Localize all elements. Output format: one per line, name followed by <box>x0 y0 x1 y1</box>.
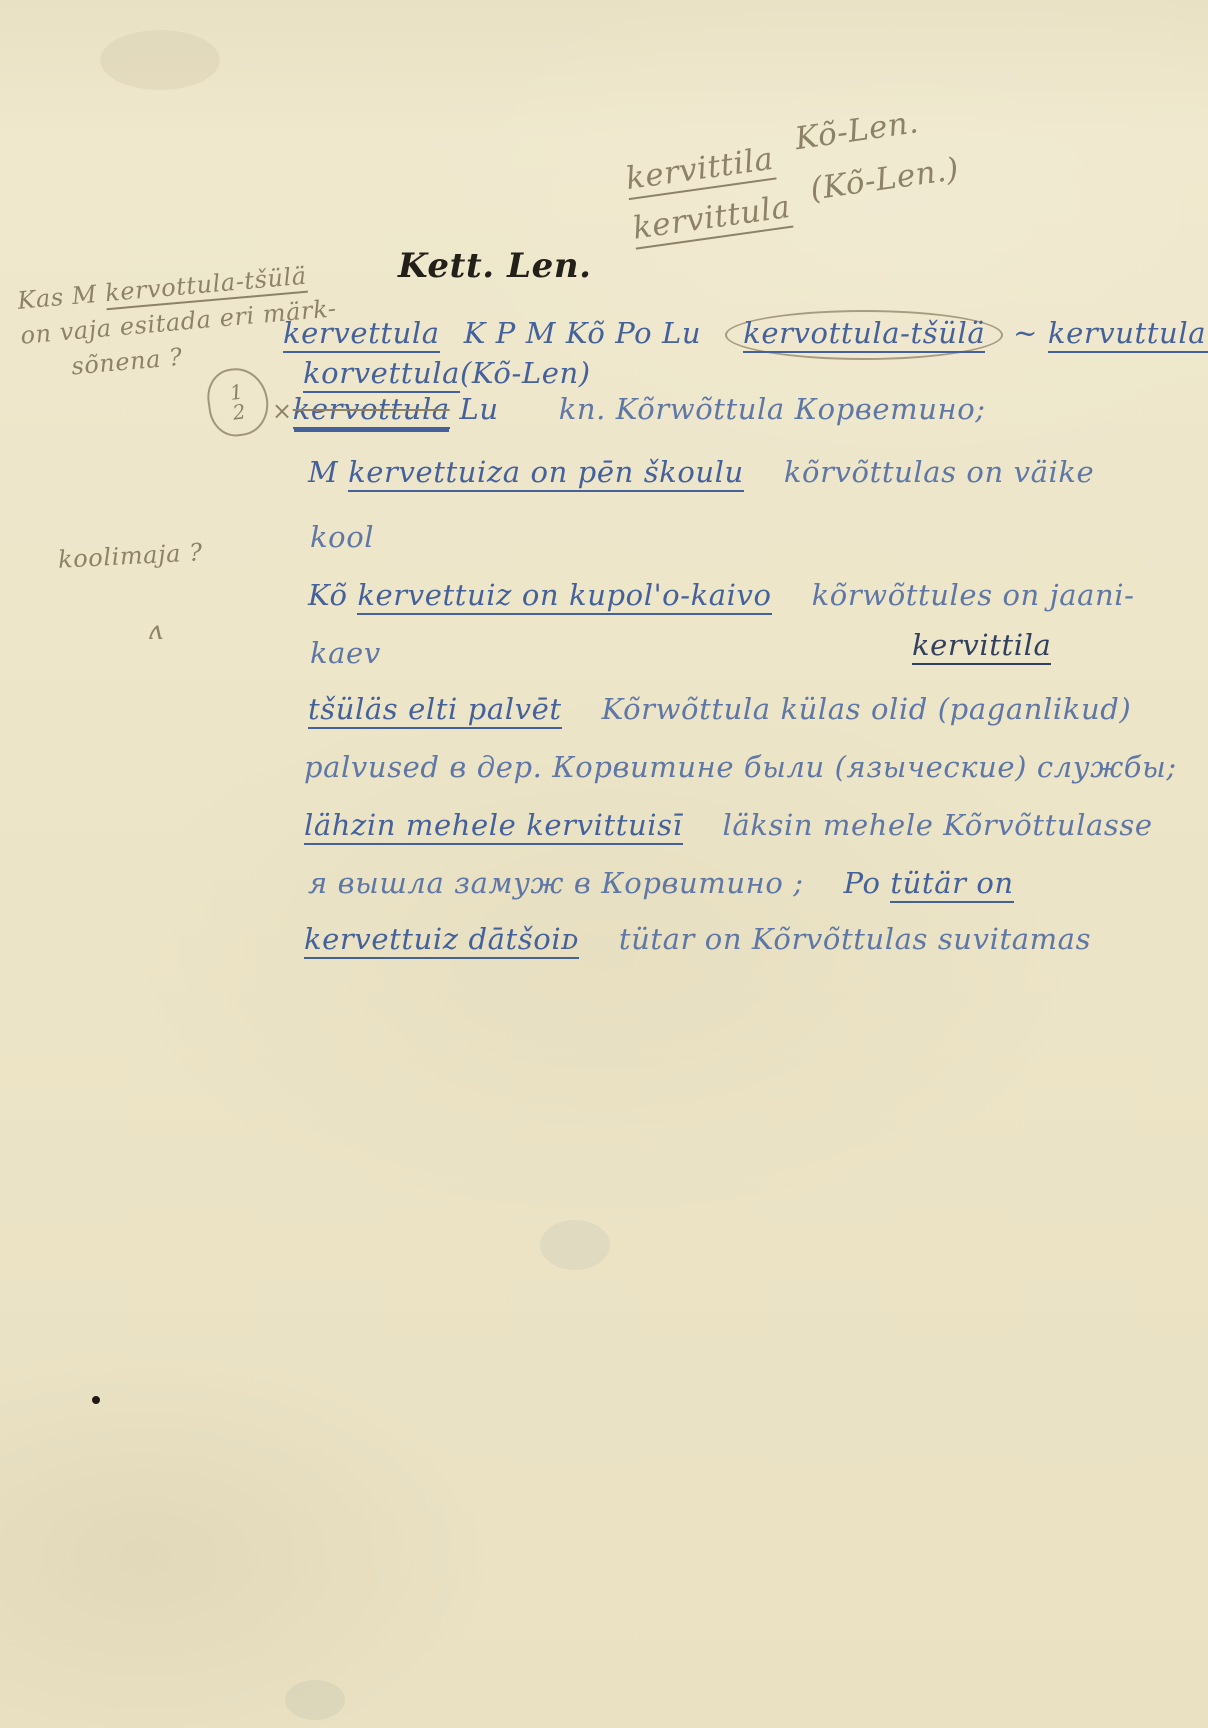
ink-dot <box>92 1396 100 1404</box>
dialect-ref: M <box>308 455 338 489</box>
gloss: Kõrwõttula külas olid (paganlikud) <box>602 692 1132 726</box>
margin-koolimaja-note: koolimaja ? <box>57 538 203 574</box>
entry-line-1: kervettulaK P M Kõ Po Lukervottula-tšülä… <box>283 310 1208 360</box>
dialect-ref: (Kõ-Len) <box>460 356 591 390</box>
gloss: läksin mehele Kõrvõttulasse <box>723 808 1153 842</box>
entry-line-9: palvused в дер. Корвитине были (язычески… <box>304 750 1177 784</box>
entry-line-11: я вышла замуж в Корвитино ;Po tütär on <box>308 866 1014 900</box>
page-title: Kett. Len. <box>398 246 592 286</box>
dialect-ref: Po <box>844 866 881 900</box>
entry-line-5: kool <box>310 520 374 554</box>
variant-form: kervuttula M <box>1048 316 1208 353</box>
entry-line-6: Kõ kervettuiz on kupol'o-kaivokõrwõttule… <box>308 578 1135 612</box>
entry-line-4: M kervettuiza on pēn škoulukõrvõttulas o… <box>308 455 1094 489</box>
dialect-ref: Lu <box>460 392 499 426</box>
entry-line-7-right: kervittila <box>912 628 1051 662</box>
circled-variant: kervottula-tšülä <box>743 316 985 353</box>
tilde: ~ <box>1013 316 1038 350</box>
dialect-ref: Kõ <box>308 578 348 612</box>
gloss: tütar on Kõrvõttulas suvitamas <box>619 922 1091 956</box>
example-phrase: kervettuiz on kupol'o-kaivo <box>357 578 771 615</box>
entry-line-8: tšüläs elti palvētKõrwõttula külas olid … <box>308 692 1131 726</box>
dialect-refs: K P M Kõ Po Lu <box>464 316 701 350</box>
paper-stain <box>100 30 220 90</box>
corner-word-1: kervittila <box>624 141 777 200</box>
margin-caret-mark: ʌ <box>148 616 163 646</box>
entry-line-3: ×kervottula Lukn. Kõrwõttula Корветино; <box>272 392 986 426</box>
entry-line-12: kervettuiz dātšoiᴅtütar on Kõrvõttulas s… <box>304 922 1091 956</box>
example-phrase: lähzin mehele kervittuisī <box>304 808 683 845</box>
entry-line-7: kaev <box>310 636 381 670</box>
entry-line-10: lähzin mehele kervittuisīläksin mehele K… <box>304 808 1153 842</box>
gloss: kn. Kõrwõttula Корветино; <box>559 392 986 426</box>
manuscript-page: kervittila Kõ-Len. kervittula (Kõ-Len.) … <box>0 0 1208 1728</box>
example-phrase: tšüläs elti palvēt <box>308 692 562 729</box>
example-phrase: kervettuiza on pēn škoulu <box>348 455 744 492</box>
pencil-cross-mark: × <box>272 397 293 425</box>
paper-stain <box>540 1220 610 1270</box>
entry-line-2: korvettula(Kõ-Len) <box>303 356 591 390</box>
headword: kervettula <box>283 316 440 353</box>
gloss: я вышла замуж в Корвитино ; <box>308 866 804 900</box>
gloss: kõrwõttules on jaani- <box>812 578 1135 612</box>
margin-number-2: 2 <box>231 401 247 423</box>
corrected-headword: kervittila <box>912 628 1051 665</box>
corner-word-2: kervittula <box>631 189 794 250</box>
margin-number-circle: 1 2 <box>208 368 268 436</box>
paper-stain <box>285 1680 345 1720</box>
struck-headword: kervottula <box>293 392 450 426</box>
example-phrase: kervettuiz dātšoiᴅ <box>304 922 579 959</box>
gloss: kõrvõttulas on väike <box>784 455 1094 489</box>
margin-question-text: Kas M <box>16 280 98 315</box>
variant-headword: korvettula <box>303 356 460 393</box>
example-phrase: tütär on <box>890 866 1013 903</box>
corner-ref-1: Kõ-Len. <box>793 104 921 157</box>
corner-annotation: kervittila Kõ-Len. kervittula (Kõ-Len.) <box>624 115 964 246</box>
